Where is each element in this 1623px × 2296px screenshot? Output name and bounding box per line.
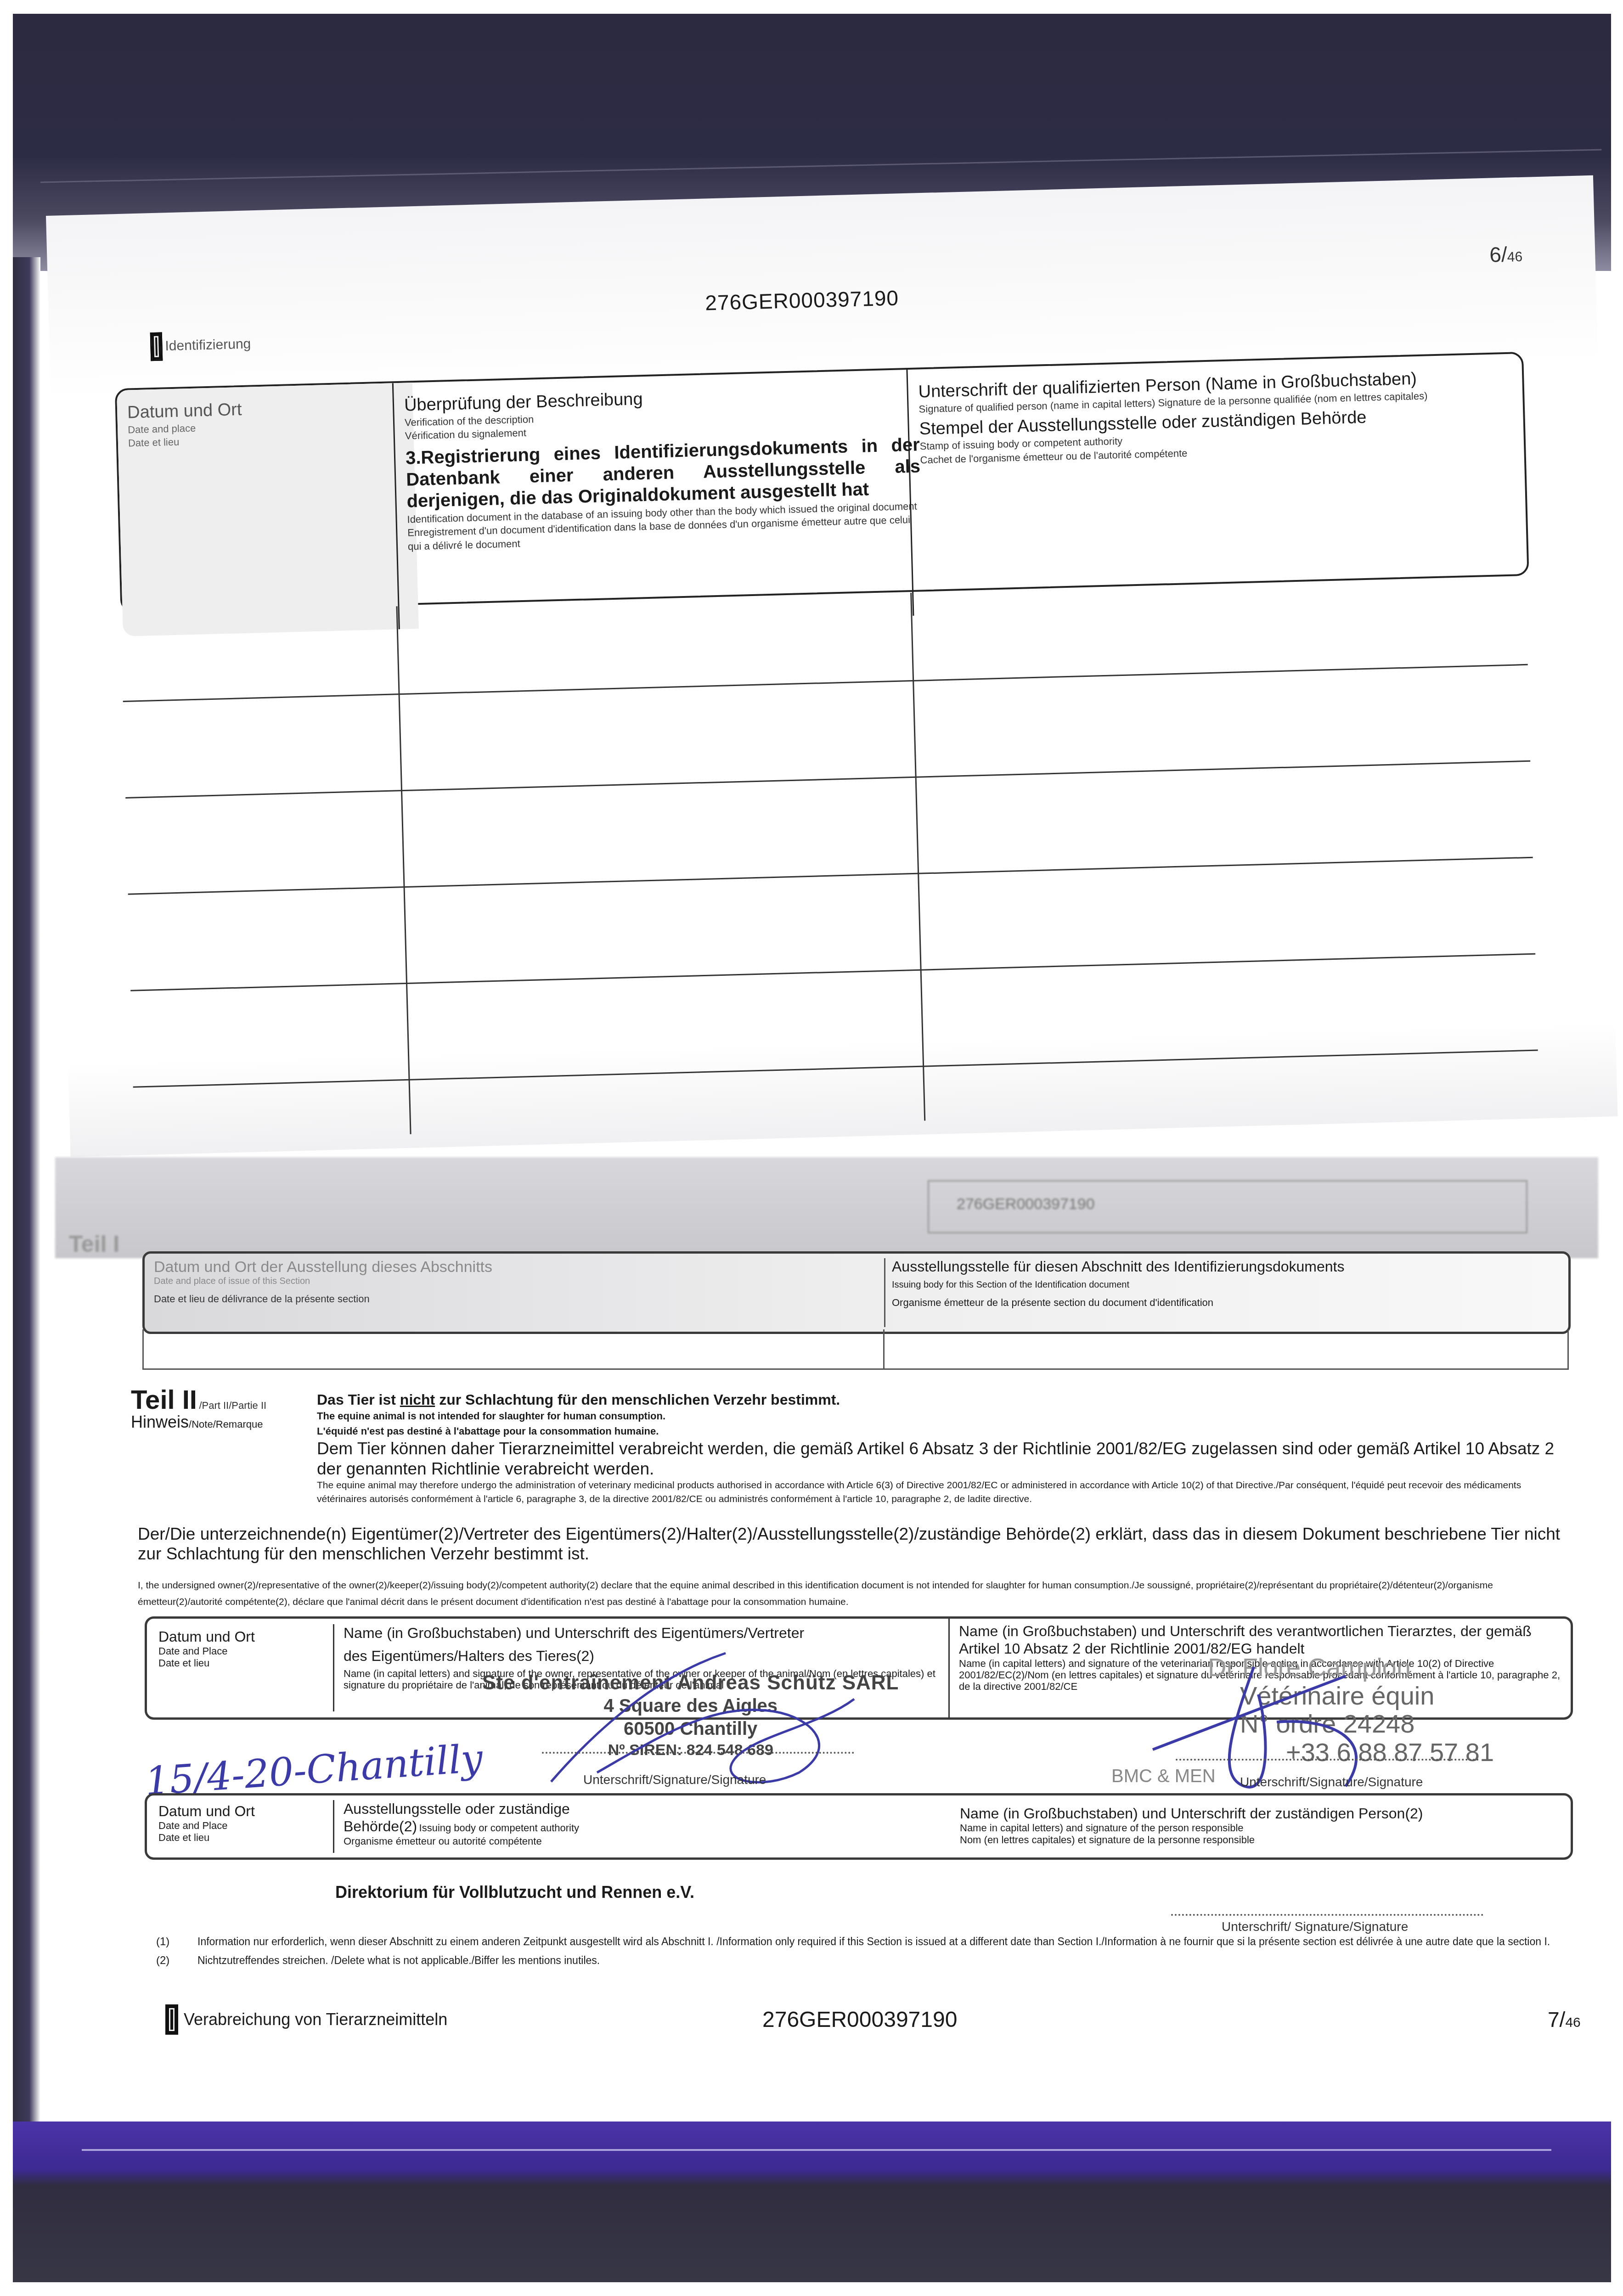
responsible-person-label: Name (in Großbuchstaben) und Unterschrif… bbox=[960, 1805, 1571, 1846]
authority-date-place-label: Datum und Ort Date and Place Date et lie… bbox=[158, 1802, 324, 1843]
binder-edge-highlight bbox=[82, 2149, 1551, 2155]
table-row bbox=[133, 1050, 1538, 1088]
issuing-authority-label: Ausstellungsstelle oder zuständige Behör… bbox=[333, 1800, 941, 1853]
table-row bbox=[128, 857, 1533, 895]
identification-table-body bbox=[121, 577, 1539, 1142]
footnote: (1) Information nur erforderlich, wenn d… bbox=[156, 1936, 1589, 1949]
section-tag-identification: Identifizierung bbox=[150, 330, 251, 361]
page-footer: Verabreichung von Tierarzneimitteln 276G… bbox=[165, 2004, 1594, 2035]
owner-declaration: Der/Die unterzeichnende(n) Eigentümer(2)… bbox=[138, 1525, 1571, 1610]
issuer-signature-line bbox=[1171, 1914, 1483, 1916]
section-label: Identifizierung bbox=[165, 336, 251, 354]
binder-cover-bottom bbox=[13, 2122, 1611, 2282]
section-roman-icon bbox=[150, 332, 163, 361]
folded-page-strip: Teil I 276GER000397190 bbox=[55, 1157, 1598, 1258]
column-divider bbox=[910, 593, 925, 1121]
vet-signature-caption: Unterschrift/Signature/Signature bbox=[1240, 1775, 1423, 1790]
page-number-lower: 7/46 bbox=[1548, 2007, 1581, 2032]
issue-date-place-label: Datum und Ort der Ausstellung dieses Abs… bbox=[154, 1258, 889, 1305]
owner-company-stamp: Ste d'entraînement Andreas Schütz SARL 4… bbox=[482, 1671, 899, 1760]
identification-table: Datum und Ort Date and place Date et lie… bbox=[115, 352, 1539, 1142]
vet-signature-line bbox=[1176, 1759, 1479, 1761]
part-two-label: Teil II /Part II/Partie II Hinweis/Note/… bbox=[131, 1384, 266, 1432]
document-id-lower: 276GER000397190 bbox=[762, 2007, 957, 2032]
issue-section-header: Datum und Ort der Ausstellung dieses Abs… bbox=[142, 1251, 1571, 1334]
column-divider bbox=[396, 606, 411, 1134]
authority-signature-box: Datum und Ort Date and Place Date et lie… bbox=[145, 1793, 1573, 1860]
issuing-body-label: Ausstellungsstelle für diesen Abschnitt … bbox=[884, 1258, 1567, 1327]
blurred-id-box: 276GER000397190 bbox=[928, 1180, 1527, 1233]
scanner-frame-left bbox=[13, 257, 40, 2131]
owner-signature-line bbox=[542, 1752, 854, 1754]
issue-section-input-row bbox=[142, 1329, 1569, 1370]
blurred-teil-label: Teil I bbox=[69, 1231, 119, 1257]
header-signature-stamp: Unterschrift der qualifizierten Person (… bbox=[906, 353, 1550, 616]
section-roman-icon bbox=[165, 2004, 178, 2035]
upper-page: 6/46 276GER000397190 Identifizierung Dat… bbox=[46, 175, 1618, 1157]
footnote: (2) Nichtzutreffendes streichen. /Delete… bbox=[156, 1954, 1589, 1968]
table-row bbox=[123, 664, 1528, 702]
issuer-name: Direktorium für Vollblutzucht und Rennen… bbox=[335, 1883, 694, 1902]
issuer-signature-caption: Unterschrift/ Signature/Signature bbox=[1222, 1919, 1408, 1934]
header-date-place: Datum und Ort Date and place Date et lie… bbox=[117, 383, 419, 636]
identification-table-header: Datum und Ort Date and place Date et lie… bbox=[115, 352, 1529, 613]
footnotes: (1) Information nur erforderlich, wenn d… bbox=[156, 1936, 1589, 1973]
slaughter-heading: Das Tier ist nicht zur Schlachtung für d… bbox=[317, 1391, 1571, 1408]
vet-stamp: Dr Flore Campion Vétérinaire équin N° or… bbox=[1111, 1653, 1494, 1786]
table-row bbox=[130, 953, 1535, 991]
owner-signature-caption: Unterschrift/Signature/Signature bbox=[583, 1773, 766, 1787]
owner-date-place-label: Datum und Ort Date and Place Date et lie… bbox=[158, 1628, 324, 1669]
section-tag-medication: Verabreichung von Tierarzneimitteln bbox=[165, 2004, 447, 2035]
page-number-upper: 6/46 bbox=[1489, 242, 1523, 267]
table-row bbox=[125, 760, 1530, 799]
header-verification: Überprüfung der Beschreibung Verificatio… bbox=[392, 369, 935, 629]
document-id-upper: 276GER000397190 bbox=[705, 285, 899, 315]
part-two-notice: Das Tier ist nicht zur Schlachtung für d… bbox=[317, 1391, 1571, 1506]
